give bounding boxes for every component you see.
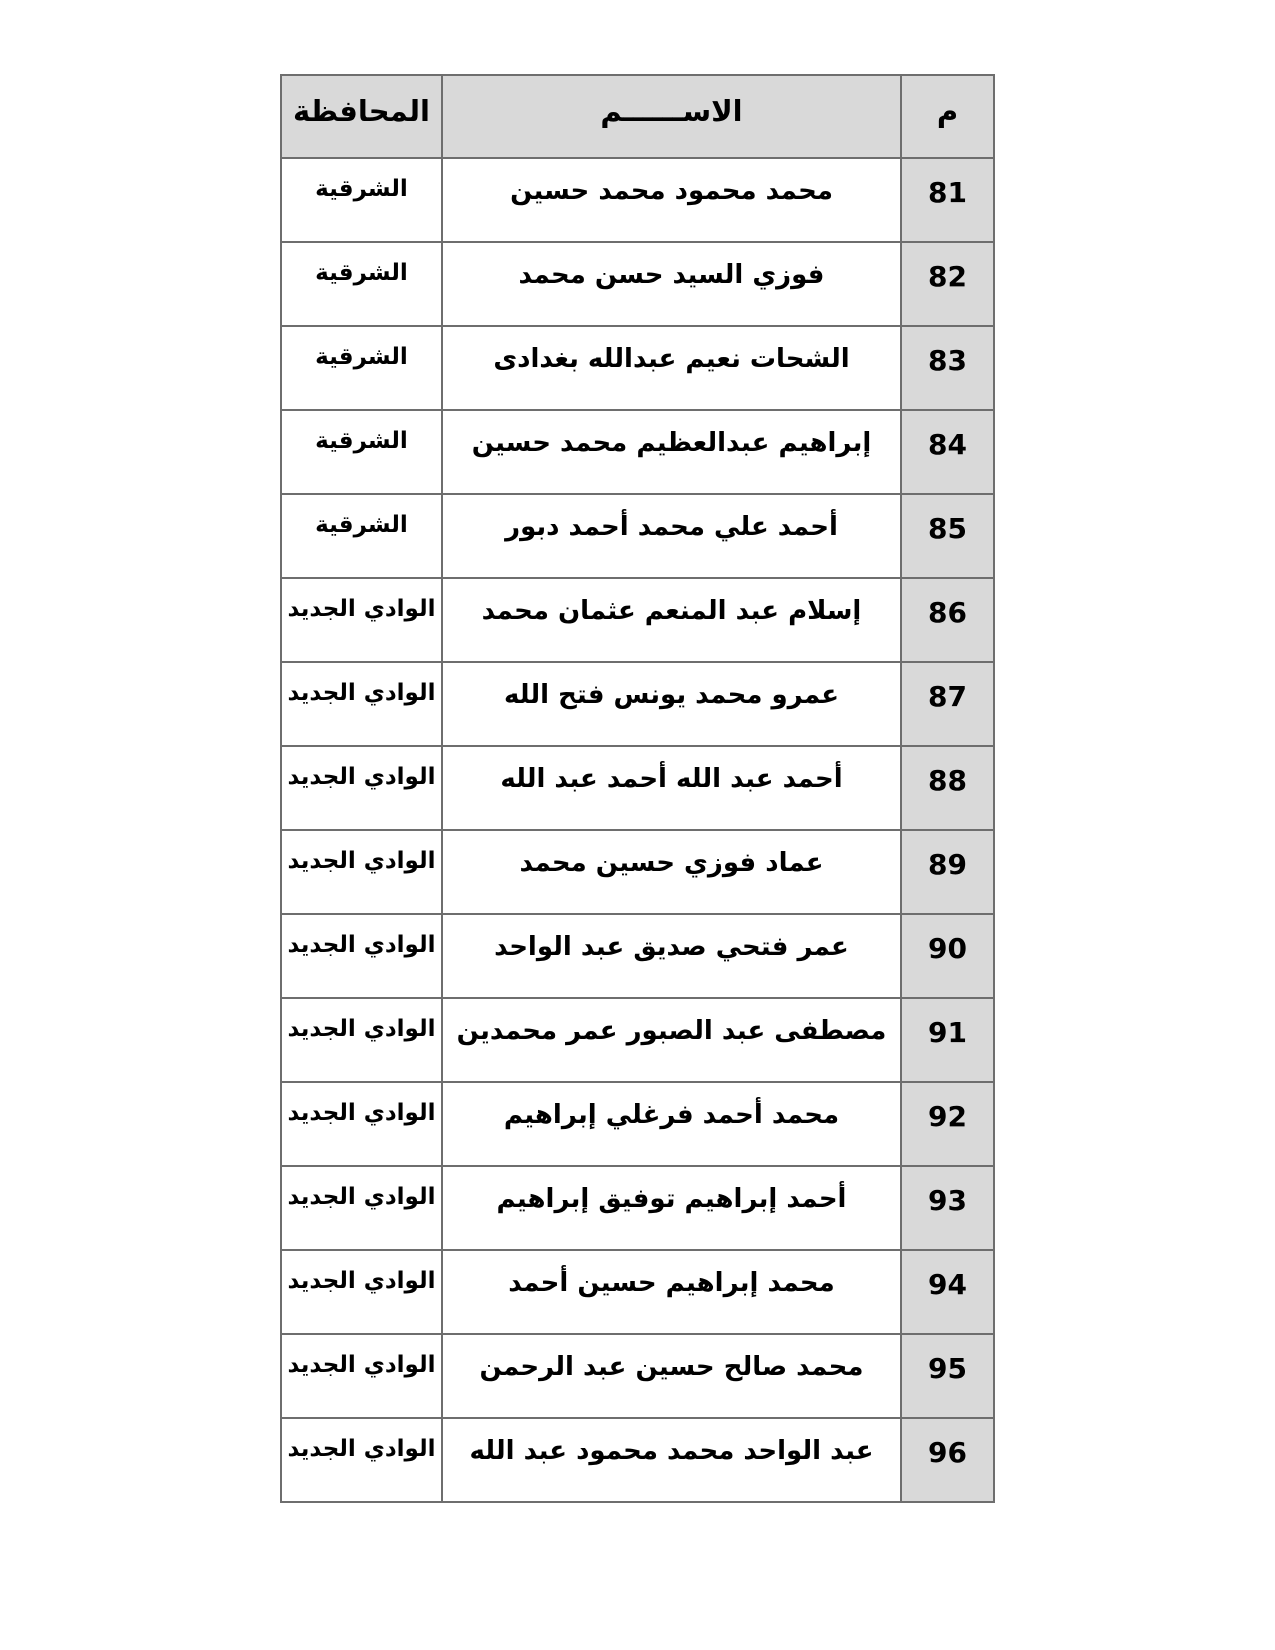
table-row: 92 محمد أحمد فرغلي إبراهيم الوادي الجديد (281, 1082, 994, 1166)
table-row: 83 الشحات نعيم عبدالله بغدادى الشرقية (281, 326, 994, 410)
table-row: 82 فوزي السيد حسن محمد الشرقية (281, 242, 994, 326)
table-row: 94 محمد إبراهيم حسين أحمد الوادي الجديد (281, 1250, 994, 1334)
table-row: 87 عمرو محمد يونس فتح الله الوادي الجديد (281, 662, 994, 746)
row-name-cell: الشحات نعيم عبدالله بغدادى (442, 326, 901, 410)
row-name-cell: عبد الواحد محمد محمود عبد الله (442, 1418, 901, 1502)
header-number: م (901, 75, 994, 158)
row-number-cell: 86 (901, 578, 994, 662)
row-number-cell: 84 (901, 410, 994, 494)
row-name-cell: إسلام عبد المنعم عثمان محمد (442, 578, 901, 662)
row-governorate-cell: الوادي الجديد (281, 746, 442, 830)
row-number-cell: 91 (901, 998, 994, 1082)
table-row: 88 أحمد عبد الله أحمد عبد الله الوادي ال… (281, 746, 994, 830)
row-governorate-cell: الشرقية (281, 326, 442, 410)
row-governorate-cell: الوادي الجديد (281, 830, 442, 914)
table-body: 81 محمد محمود محمد حسين الشرقية 82 فوزي … (281, 158, 994, 1502)
row-name-cell: أحمد عبد الله أحمد عبد الله (442, 746, 901, 830)
table-row: 90 عمر فتحي صديق عبد الواحد الوادي الجدي… (281, 914, 994, 998)
row-number-cell: 95 (901, 1334, 994, 1418)
row-governorate-cell: الوادي الجديد (281, 998, 442, 1082)
row-name-cell: عماد فوزي حسين محمد (442, 830, 901, 914)
row-name-cell: محمد أحمد فرغلي إبراهيم (442, 1082, 901, 1166)
row-number-cell: 94 (901, 1250, 994, 1334)
header-governorate: المحافظة (281, 75, 442, 158)
row-governorate-cell: الوادي الجديد (281, 1334, 442, 1418)
row-number-cell: 96 (901, 1418, 994, 1502)
row-number-cell: 92 (901, 1082, 994, 1166)
table-row: 93 أحمد إبراهيم توفيق إبراهيم الوادي الج… (281, 1166, 994, 1250)
table-row: 84 إبراهيم عبدالعظيم محمد حسين الشرقية (281, 410, 994, 494)
row-name-cell: محمد إبراهيم حسين أحمد (442, 1250, 901, 1334)
row-governorate-cell: الوادي الجديد (281, 914, 442, 998)
table-row: 96 عبد الواحد محمد محمود عبد الله الوادي… (281, 1418, 994, 1502)
row-governorate-cell: الوادي الجديد (281, 1418, 442, 1502)
header-row: م الاســــــم المحافظة (281, 75, 994, 158)
row-name-cell: محمد صالح حسين عبد الرحمن (442, 1334, 901, 1418)
row-number-cell: 89 (901, 830, 994, 914)
row-name-cell: عمر فتحي صديق عبد الواحد (442, 914, 901, 998)
document-page: م الاســــــم المحافظة 81 محمد محمود محم… (0, 0, 1275, 1650)
row-governorate-cell: الوادي الجديد (281, 662, 442, 746)
row-name-cell: أحمد علي محمد أحمد دبور (442, 494, 901, 578)
table-header: م الاســــــم المحافظة (281, 75, 994, 158)
row-number-cell: 87 (901, 662, 994, 746)
row-governorate-cell: الشرقية (281, 494, 442, 578)
roster-table: م الاســــــم المحافظة 81 محمد محمود محم… (280, 74, 995, 1503)
row-number-cell: 93 (901, 1166, 994, 1250)
row-number-cell: 82 (901, 242, 994, 326)
row-name-cell: إبراهيم عبدالعظيم محمد حسين (442, 410, 901, 494)
header-name: الاســــــم (442, 75, 901, 158)
row-number-cell: 88 (901, 746, 994, 830)
row-governorate-cell: الوادي الجديد (281, 1082, 442, 1166)
row-number-cell: 83 (901, 326, 994, 410)
row-name-cell: عمرو محمد يونس فتح الله (442, 662, 901, 746)
row-number-cell: 85 (901, 494, 994, 578)
row-number-cell: 81 (901, 158, 994, 242)
row-name-cell: أحمد إبراهيم توفيق إبراهيم (442, 1166, 901, 1250)
row-governorate-cell: الشرقية (281, 242, 442, 326)
row-name-cell: مصطفى عبد الصبور عمر محمدين (442, 998, 901, 1082)
row-number-cell: 90 (901, 914, 994, 998)
row-governorate-cell: الوادي الجديد (281, 1250, 442, 1334)
row-governorate-cell: الشرقية (281, 410, 442, 494)
table-row: 95 محمد صالح حسين عبد الرحمن الوادي الجد… (281, 1334, 994, 1418)
table-row: 85 أحمد علي محمد أحمد دبور الشرقية (281, 494, 994, 578)
row-governorate-cell: الوادي الجديد (281, 1166, 442, 1250)
row-governorate-cell: الشرقية (281, 158, 442, 242)
table-row: 86 إسلام عبد المنعم عثمان محمد الوادي ال… (281, 578, 994, 662)
table-row: 91 مصطفى عبد الصبور عمر محمدين الوادي ال… (281, 998, 994, 1082)
row-governorate-cell: الوادي الجديد (281, 578, 442, 662)
row-name-cell: محمد محمود محمد حسين (442, 158, 901, 242)
table-row: 81 محمد محمود محمد حسين الشرقية (281, 158, 994, 242)
row-name-cell: فوزي السيد حسن محمد (442, 242, 901, 326)
table-row: 89 عماد فوزي حسين محمد الوادي الجديد (281, 830, 994, 914)
